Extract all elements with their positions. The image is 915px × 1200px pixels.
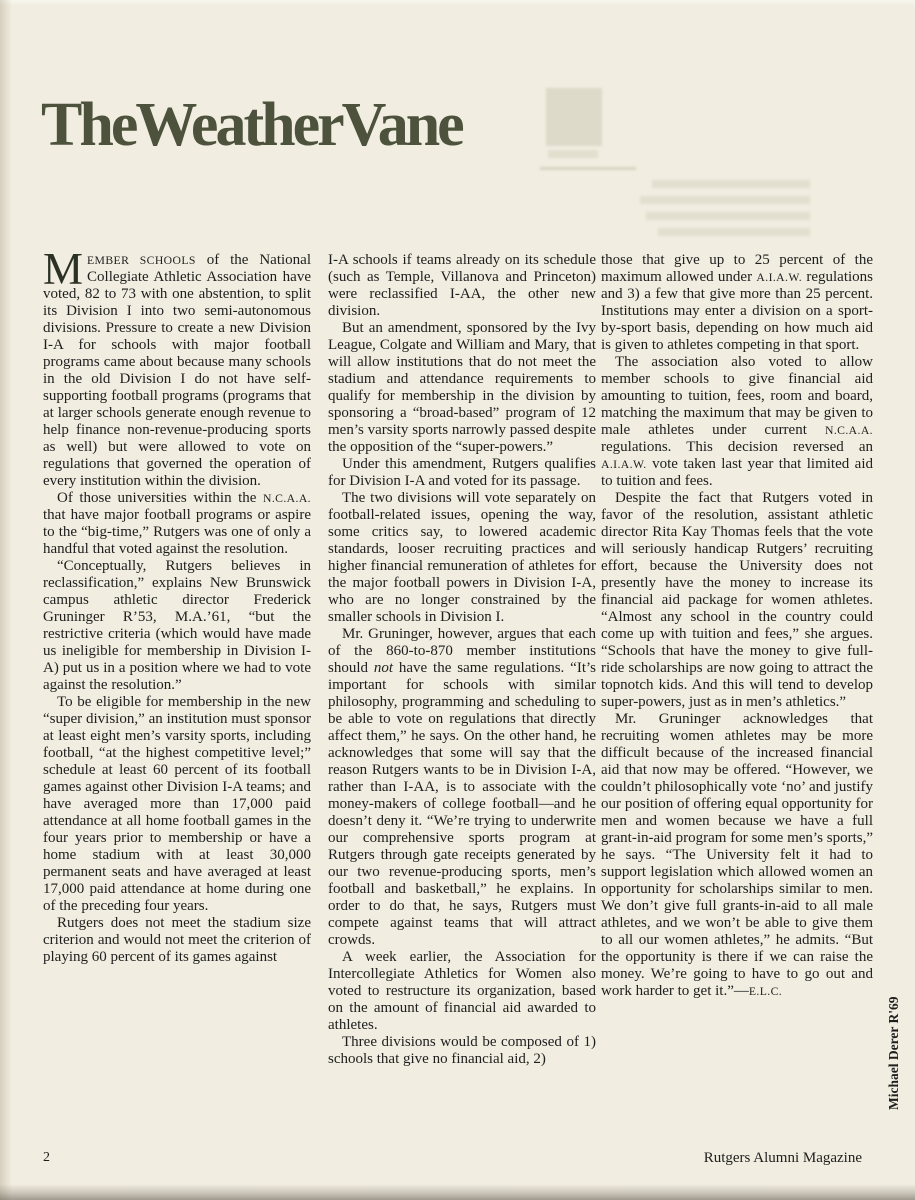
article-paragraph: A week earlier, the Association for Inte… [328, 949, 596, 1034]
article-paragraph: Three divisions would be composed of 1) … [328, 1034, 596, 1068]
article-paragraph: But an amendment, sponsored by the Ivy L… [328, 320, 596, 456]
article-paragraph: Mr. Gruninger, however, argues that each… [328, 626, 596, 949]
bleed-through-ghost-line [640, 196, 810, 204]
article-paragraph: those that give up to 25 percent of the … [601, 252, 873, 354]
article-paragraph: Of those universities within the N.C.A.A… [43, 490, 311, 558]
article-paragraph: The two divisions will vote separately o… [328, 490, 596, 626]
bleed-through-ghost-rule [540, 167, 636, 170]
drop-cap: M [43, 252, 87, 286]
article-column-2: I-A schools if teams already on its sche… [328, 252, 596, 1068]
footer-magazine-title: Rutgers Alumni Magazine [0, 1150, 862, 1167]
page-edge-top [0, 0, 915, 6]
article-paragraph: I-A schools if teams already on its sche… [328, 252, 596, 320]
article-column-3: those that give up to 25 percent of the … [601, 252, 873, 1000]
magazine-page: { "page": { "masthead": "TheWeatherVane"… [0, 0, 915, 1200]
bleed-through-ghost-block [546, 88, 602, 146]
photo-credit-vertical: Michael Derer R'69 [886, 997, 902, 1110]
page-edge-left [0, 0, 12, 1200]
article-paragraph: Despite the fact that Rutgers voted in f… [601, 490, 873, 711]
article-paragraph: Rutgers does not meet the stadium size c… [43, 915, 311, 966]
article-column-1: MEMBER SCHOOLS of the National Collegiat… [43, 252, 311, 966]
article-paragraph: “Conceptually, Rutgers believes in recla… [43, 558, 311, 694]
page-edge-bottom [0, 1184, 915, 1200]
article-paragraph: To be eligible for membership in the new… [43, 694, 311, 915]
bleed-through-ghost-line [658, 228, 810, 236]
bleed-through-ghost-line [646, 212, 810, 220]
article-paragraph: Under this amendment, Rutgers qualifies … [328, 456, 596, 490]
magazine-section-title: TheWeatherVane [41, 90, 462, 161]
bleed-through-ghost-line [652, 180, 810, 188]
article-paragraph: Mr. Gruninger acknowledges that recruiti… [601, 711, 873, 1000]
article-paragraph: MEMBER SCHOOLS of the National Collegiat… [43, 252, 311, 490]
bleed-through-ghost-caption [548, 150, 598, 158]
article-paragraph: The association also voted to allow memb… [601, 354, 873, 490]
